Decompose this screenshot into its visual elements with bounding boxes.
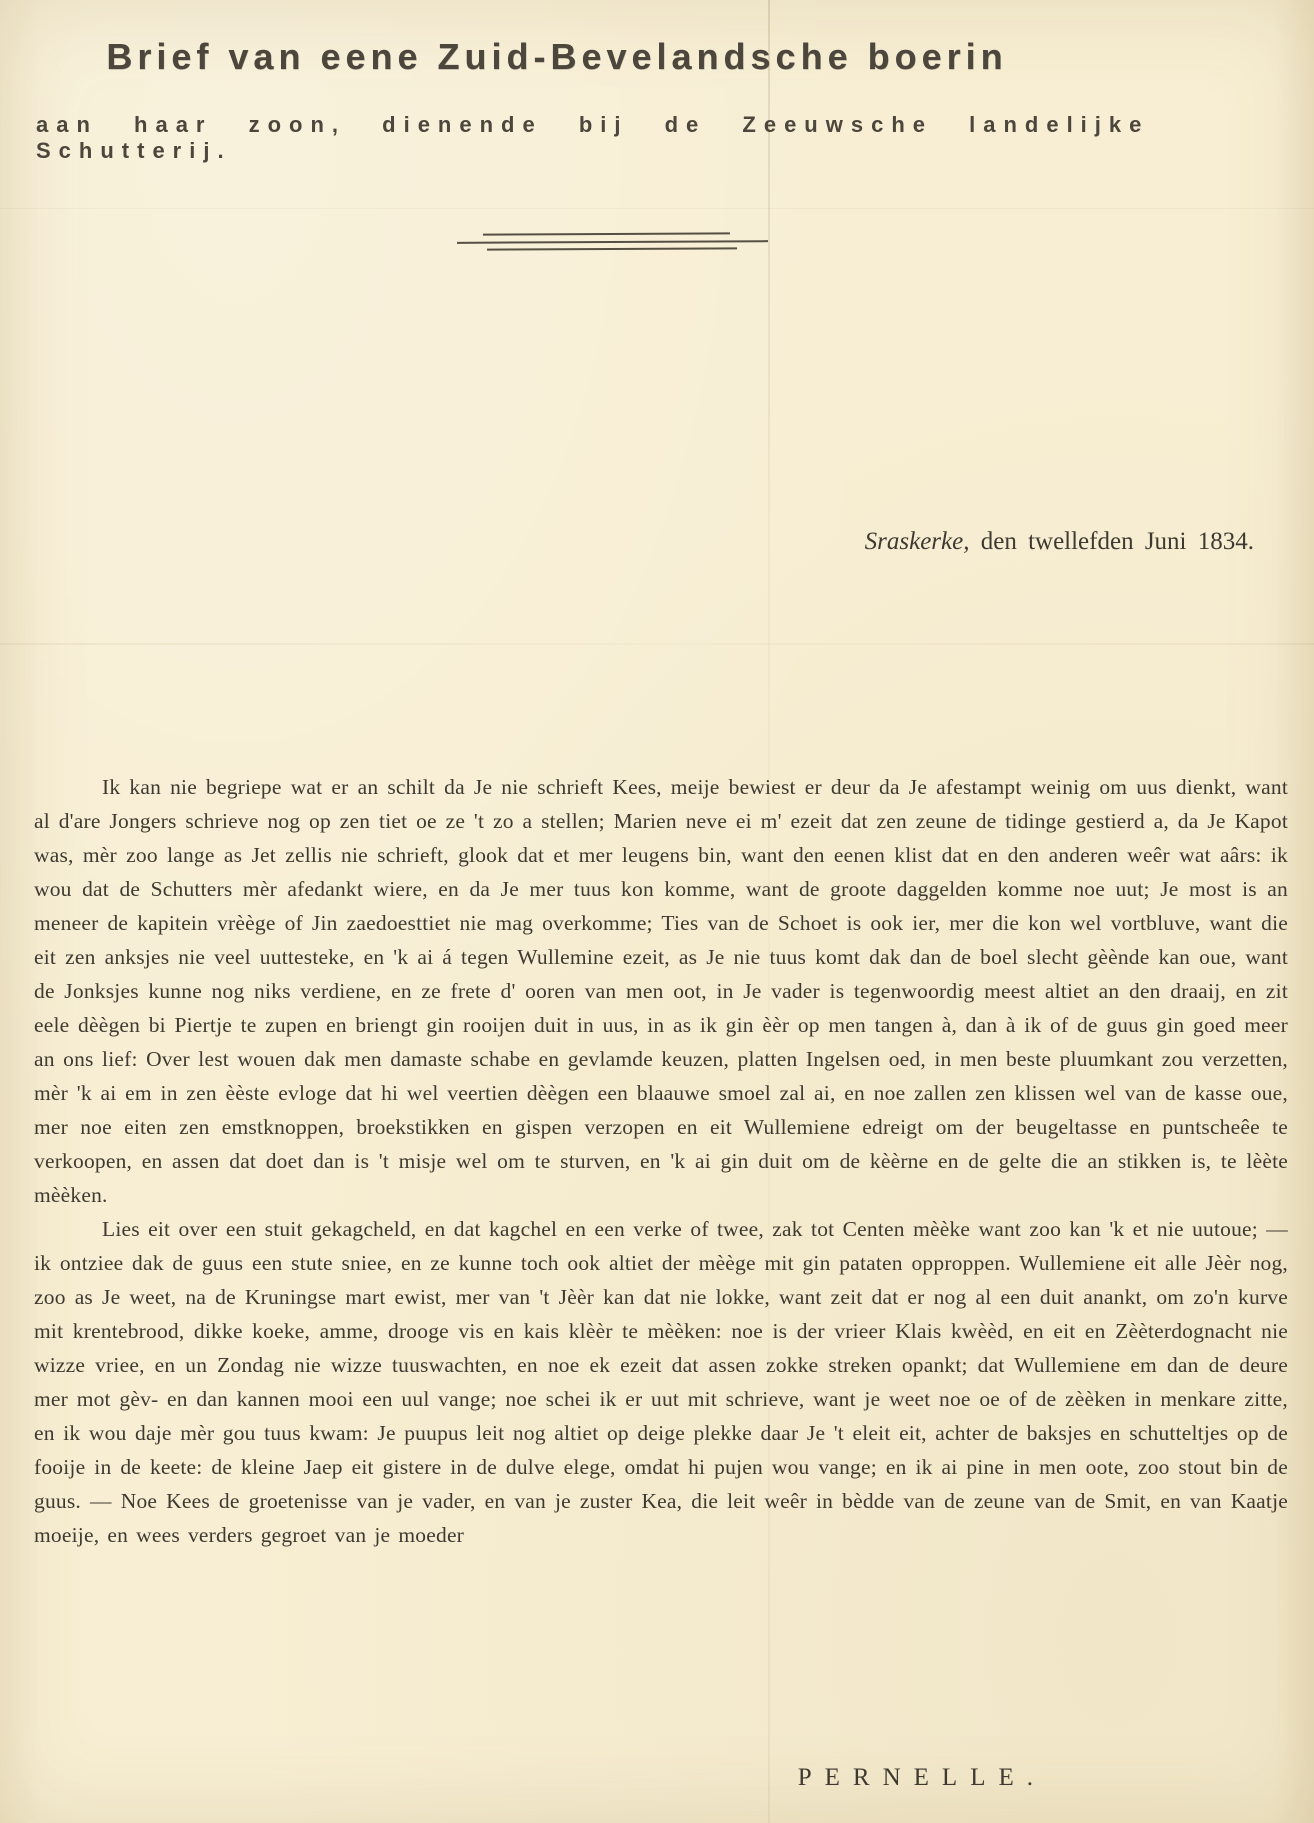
letter-subtitle: aan haar zoon, dienende bij de Zeeuwsche… bbox=[36, 112, 1276, 164]
divider-rule-middle bbox=[457, 240, 768, 243]
dateline: Sraskerke, den twellefden Juni 1834. bbox=[865, 528, 1254, 556]
signature: PERNELLE. bbox=[0, 1764, 1314, 1792]
ornamental-divider bbox=[455, 230, 770, 254]
paper-fold-horizontal-faint bbox=[0, 208, 1314, 209]
letter-page: Brief van eene Zuid-Bevelandsche boerin … bbox=[0, 0, 1314, 1823]
letter-title: Brief van eene Zuid-Bevelandsche boerin bbox=[0, 36, 1114, 78]
divider-rule-top bbox=[483, 232, 730, 235]
letter-paragraph-2: Lies eit over een stuit gekagcheld, en d… bbox=[34, 1212, 1288, 1552]
divider-rule-bottom bbox=[487, 247, 737, 250]
paper-fold-horizontal bbox=[0, 643, 1314, 645]
letter-body: Ik kan nie begriepe wat er an schilt da … bbox=[34, 770, 1288, 1552]
letter-paragraph-1: Ik kan nie begriepe wat er an schilt da … bbox=[34, 770, 1288, 1212]
dateline-place: Sraskerke, bbox=[865, 528, 970, 555]
dateline-date: den twellefden Juni 1834. bbox=[969, 528, 1254, 555]
